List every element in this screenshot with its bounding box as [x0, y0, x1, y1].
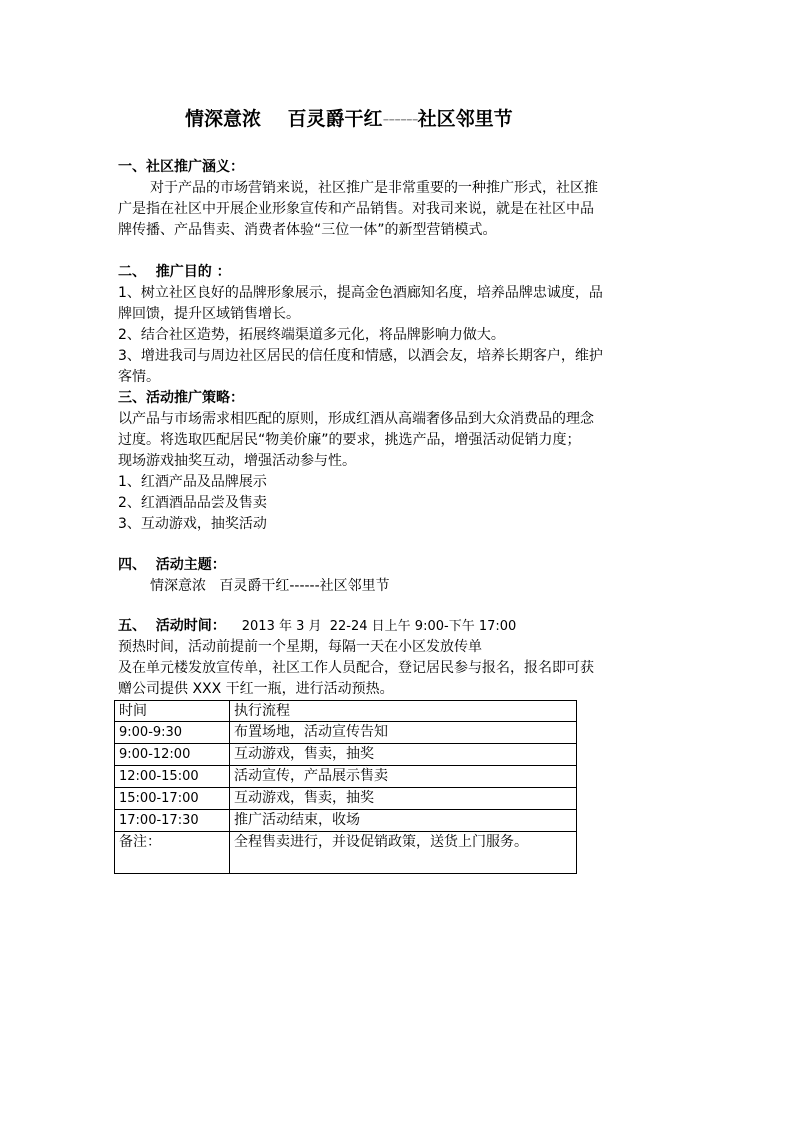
- section-heading: 三、活动推广策略：: [118, 388, 678, 409]
- schedule-table: 时间 执行流程 9:00-9:30 布置场地，活动宣传告知 9:00-12:00…: [114, 700, 577, 874]
- list-item: 2、红酒酒品品尝及售卖: [118, 493, 678, 514]
- row-time: 15:00-17:00: [119, 791, 199, 806]
- section-heading: 五、 活动时间：: [118, 618, 226, 634]
- row-process: 互动游戏，售卖，抽奖: [230, 788, 577, 810]
- title-part2: 百灵爵干红: [287, 108, 382, 130]
- list-item: 牌回馈，提升区域销售增长。: [118, 304, 678, 325]
- section-time: 五、 活动时间：2013 年 3 月 22-24 日上午 9:00-下午 17:…: [118, 616, 678, 700]
- paragraph-line: 赠公司提供 XXX 干红一瓶，进行活动预热。: [118, 679, 678, 700]
- list-item: 1、红酒产品及品牌展示: [118, 472, 678, 493]
- title-dash: ------: [383, 108, 418, 130]
- paragraph-line: 及在单元楼发放宣传单，社区工作人员配合，登记居民参与报名，报名即可获: [118, 658, 678, 679]
- table-row: 12:00-15:00 活动宣传，产品展示售卖: [115, 766, 577, 788]
- table-row: 9:00-9:30 布置场地，活动宣传告知: [115, 722, 577, 744]
- row-process: 活动宣传，产品展示售卖: [230, 766, 577, 788]
- table-row: 17:00-17:30 推广活动结束，收场: [115, 810, 577, 832]
- paragraph-line: 广是指在社区中开展企业形象宣传和产品销售。对我司来说，就是在社区中品: [118, 199, 678, 220]
- section-heading: 一、社区推广涵义：: [118, 157, 678, 178]
- paragraph-line: 现场游戏抽奖互动，增强活动参与性。: [118, 451, 678, 472]
- paragraph-line: 过度。将选取匹配居民“物美价廉”的要求，挑选产品，增强活动促销力度；: [118, 430, 678, 451]
- list-item: 3、增进我司与周边社区居民的信任度和情感，以酒会友，培养长期客户，维护: [118, 346, 678, 367]
- title-part3: 社区邻里节: [418, 108, 513, 130]
- table-row: 15:00-17:00 互动游戏，售卖，抽奖: [115, 788, 577, 810]
- row-time: 17:00-17:30: [119, 813, 199, 828]
- header-process: 执行流程: [230, 701, 577, 722]
- header-time: 时间: [115, 701, 230, 722]
- paragraph-line: 预热时间，活动前提前一个星期，每隔一天在小区发放传单: [118, 637, 678, 658]
- list-item: 2、结合社区造势，拓展终端渠道多元化，将品牌影响力做大。: [118, 325, 678, 346]
- title-part1: 情深意浓: [185, 108, 261, 130]
- note-text: 全程售卖进行，并设促销政策，送货上门服务。: [234, 832, 554, 852]
- row-time: 9:00-9:30: [119, 725, 182, 740]
- section-purpose: 二、 推广目的 ： 1、树立社区良好的品牌形象展示，提高金色酒廊知名度，培养品牌…: [118, 262, 678, 388]
- section-heading: 四、 活动主题：: [118, 555, 678, 576]
- row-time: 12:00-15:00: [119, 769, 199, 784]
- table-row: 9:00-12:00 互动游戏，售卖，抽奖: [115, 744, 577, 766]
- document-page: 情深意浓 百灵爵干红------社区邻里节 一、社区推广涵义： 对于产品的市场营…: [0, 0, 794, 1123]
- row-process: 推广活动结束，收场: [230, 810, 577, 832]
- table-note-row: 备注： 全程售卖进行，并设促销政策，送货上门服务。: [115, 832, 577, 874]
- document-title: 情深意浓 百灵爵干红------社区邻里节: [185, 106, 513, 132]
- section-theme: 四、 活动主题： 情深意浓 百灵爵干红------社区邻里节: [118, 555, 678, 597]
- table-header-row: 时间 执行流程: [115, 701, 577, 722]
- row-process: 互动游戏，售卖，抽奖: [230, 744, 577, 766]
- row-time: 9:00-12:00: [119, 747, 190, 762]
- section-strategy: 三、活动推广策略： 以产品与市场需求相匹配的原则，形成红酒从高端奢侈品到大众消费…: [118, 388, 678, 535]
- list-item: 3、互动游戏，抽奖活动: [118, 514, 678, 535]
- paragraph-line: 对于产品的市场营销来说，社区推广是非常重要的一种推广形式，社区推: [118, 178, 678, 199]
- section-meaning: 一、社区推广涵义： 对于产品的市场营销来说，社区推广是非常重要的一种推广形式，社…: [118, 157, 678, 241]
- section-heading: 二、 推广目的 ：: [118, 262, 678, 283]
- event-date: 2013 年 3 月 22-24 日上午 9:00-下午 17:00: [242, 619, 517, 634]
- paragraph-line: 以产品与市场需求相匹配的原则，形成红酒从高端奢侈品到大众消费品的理念: [118, 409, 678, 430]
- note-label: 备注：: [115, 832, 230, 874]
- paragraph-line: 牌传播、产品售卖、消费者体验“三位一体”的新型营销模式。: [118, 220, 678, 241]
- list-item: 客情。: [118, 367, 678, 388]
- list-item: 1、树立社区良好的品牌形象展示，提高金色酒廊知名度，培养品牌忠诚度，品: [118, 283, 678, 304]
- row-process: 布置场地，活动宣传告知: [230, 722, 577, 744]
- theme-text: 情深意浓 百灵爵干红------社区邻里节: [118, 576, 678, 597]
